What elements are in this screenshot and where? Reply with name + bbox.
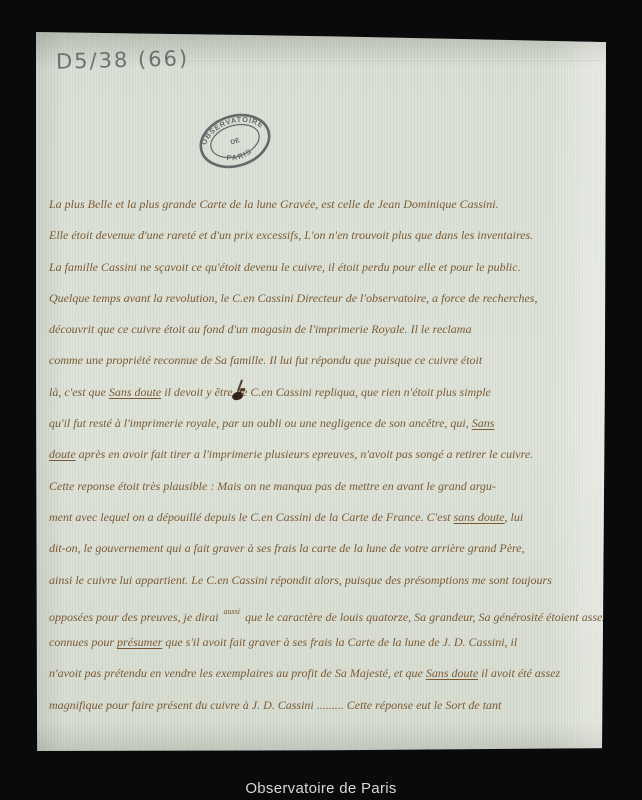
letter-segment: Sans doute xyxy=(426,666,478,680)
handwritten-letter-text: La plus Belle et la plus grande Carte de… xyxy=(49,189,605,721)
letter-line: Quelque temps avant la revolution, le C.… xyxy=(49,283,605,314)
observatory-stamp-icon: OBSERVATOIRE DE PARIS xyxy=(189,100,282,182)
letter-segment: La plus Belle et la plus grande Carte de… xyxy=(49,197,499,211)
letter-line: qu'il fut resté à l'imprimerie royale, p… xyxy=(49,408,605,439)
letter-segment: qu'il fut resté à l'imprimerie royale, p… xyxy=(49,416,472,430)
letter-line: là, c'est que Sans doute il devoit y êtr… xyxy=(49,377,605,408)
letter-segment: il devoit y être. le C.en Cassini repliq… xyxy=(161,385,491,399)
letter-segment: aussi xyxy=(224,607,240,616)
letter-line: magnifique pour faire présent du cuivre … xyxy=(49,690,605,721)
letter-segment: connues pour xyxy=(49,635,117,649)
paper-fold-line xyxy=(186,59,600,61)
letter-segment: Elle étoit devenue d'une rareté et d'un … xyxy=(49,228,533,242)
letter-segment: sans doute xyxy=(453,510,504,524)
letter-segment: , lui xyxy=(504,510,523,524)
letter-segment: Sans doute xyxy=(109,385,161,399)
letter-segment: Quelque temps avant la revolution, le C.… xyxy=(49,291,537,305)
letter-segment: il avoit été assez xyxy=(478,666,560,680)
image-caption: Observatoire de Paris xyxy=(0,780,642,797)
letter-segment: opposées pour des preuves, je dirai xyxy=(49,610,222,624)
letter-segment: n'avoit pas prétendu en vendre les exemp… xyxy=(49,666,426,680)
letter-line: La plus Belle et la plus grande Carte de… xyxy=(49,189,605,220)
letter-segment: que s'il avoit fait graver à ses frais l… xyxy=(162,635,517,649)
letter-segment: ainsi le cuivre lui appartient. Le C.en … xyxy=(49,573,552,587)
letter-line: découvrit que ce cuivre étoit au fond d'… xyxy=(49,314,605,345)
letter-line: Cette reponse étoit très plausible : Mai… xyxy=(49,471,605,502)
letter-segment: que le caractère de louis quatorze, Sa g… xyxy=(242,610,607,624)
letter-segment: comme une propriété reconnue de Sa famil… xyxy=(49,353,482,367)
letter-line: n'avoit pas prétendu en vendre les exemp… xyxy=(49,658,605,689)
letter-segment: La famille Cassini ne sçavoit ce qu'étoi… xyxy=(49,260,521,274)
letter-line: ainsi le cuivre lui appartient. Le C.en … xyxy=(49,565,605,596)
letter-segment: magnifique pour faire présent du cuivre … xyxy=(49,698,501,712)
letter-line: dit-on, le gouvernement qui a fait grave… xyxy=(49,533,605,564)
manuscript-page: D5/38 (66) OBSERVATOIRE DE PARIS La plus… xyxy=(36,32,606,751)
photo-background: D5/38 (66) OBSERVATOIRE DE PARIS La plus… xyxy=(0,0,642,800)
letter-segment: Cette reponse étoit très plausible : Mai… xyxy=(49,479,496,493)
letter-line: ment avec lequel on a dépouillé depuis l… xyxy=(49,502,605,533)
letter-segment: dit-on, le gouvernement qui a fait grave… xyxy=(49,541,525,555)
letter-line: connues pour présumer que s'il avoit fai… xyxy=(49,627,605,658)
letter-line: comme une propriété reconnue de Sa famil… xyxy=(49,345,605,376)
letter-segment: après en avoir fait tirer a l'imprimerie… xyxy=(76,447,534,461)
letter-line: La famille Cassini ne sçavoit ce qu'étoi… xyxy=(49,252,605,283)
catalog-number: D5/38 (66) xyxy=(56,46,190,73)
letter-segment: là, c'est que xyxy=(49,385,109,399)
letter-segment: ment avec lequel on a dépouillé depuis l… xyxy=(49,510,453,524)
letter-line: opposées pour des preuves, je dirai auss… xyxy=(49,596,605,627)
letter-line: doute après en avoir fait tirer a l'impr… xyxy=(49,439,605,470)
letter-segment: doute xyxy=(49,447,76,461)
stamp-text-middle: DE xyxy=(230,137,241,147)
letter-line: Elle étoit devenue d'une rareté et d'un … xyxy=(49,220,605,251)
letter-segment: Sans xyxy=(472,416,495,430)
letter-segment: présumer xyxy=(117,635,162,649)
letter-segment: découvrit que ce cuivre étoit au fond d'… xyxy=(49,322,471,336)
